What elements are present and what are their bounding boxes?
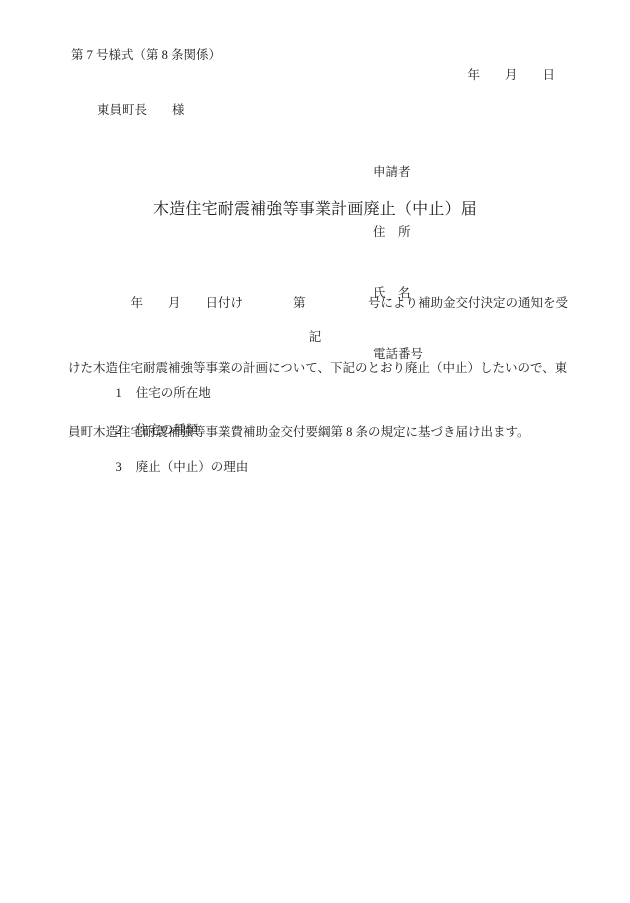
item-label: 住宅の種類: [136, 423, 199, 437]
addressee: 東員町長 様: [97, 100, 185, 118]
document-page: 第 7 号様式（第 8 条関係） 年 月 日 東員町長 様 申請者 住 所 氏 …: [0, 0, 630, 903]
item-number: 3: [116, 460, 122, 474]
item-label: 住宅の所在地: [136, 386, 211, 400]
document-title: 木造住宅耐震補強等事業計画廃止（中止）届: [0, 199, 630, 221]
record-marker: 記: [0, 327, 630, 345]
body-line-1: 年 月 日付け 第 号により補助金交付決定の通知を受: [68, 293, 574, 315]
applicant-label: 申請者: [373, 162, 423, 182]
item-number: 2: [116, 423, 122, 437]
list-item-cancellation-reason: 3廃止（中止）の理由: [103, 442, 248, 490]
item-label: 廃止（中止）の理由: [136, 460, 249, 474]
item-number: 1: [116, 386, 122, 400]
applicant-address-label: 住 所: [373, 222, 423, 242]
form-number: 第 7 号様式（第 8 条関係）: [71, 45, 221, 63]
date-line: 年 月 日: [467, 65, 555, 83]
